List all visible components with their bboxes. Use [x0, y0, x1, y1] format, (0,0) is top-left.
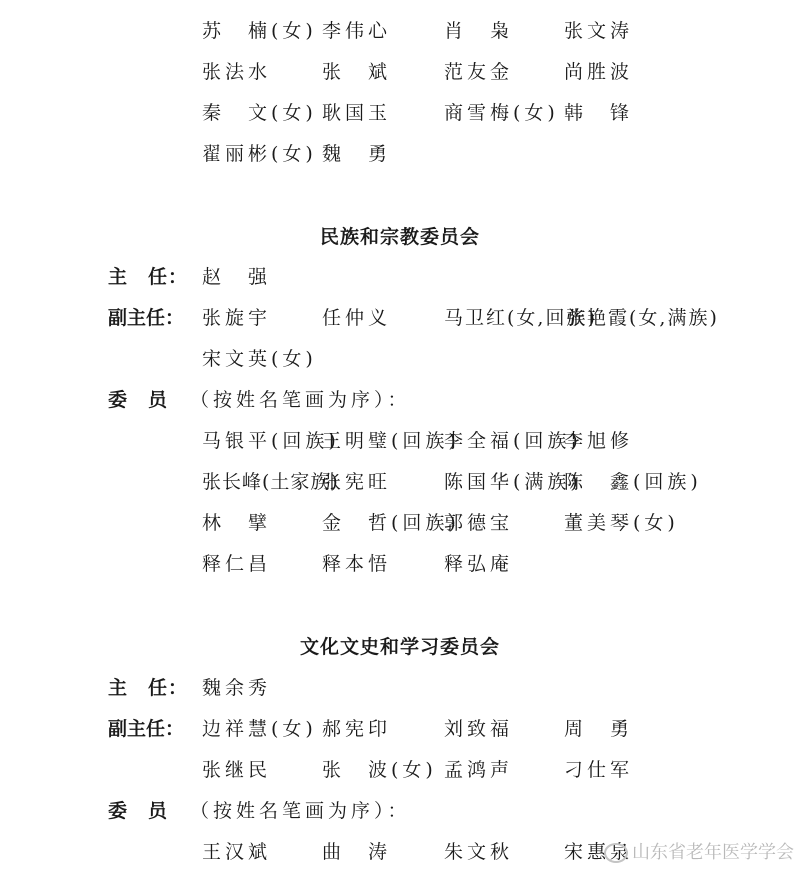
name: 朱文秋	[444, 837, 513, 867]
name: 林 擘	[202, 508, 271, 538]
name: 王汉斌	[202, 837, 271, 867]
name: 商雪梅(女)	[444, 98, 559, 128]
name: 尚胜波	[564, 57, 633, 87]
name: 释仁昌	[202, 549, 271, 579]
section-title: 文化文史和学习委员会	[0, 632, 800, 659]
name-row: 苏 楠(女) 李伟心 肖 枭 张文涛	[0, 16, 800, 46]
name: 耿国玉	[322, 98, 391, 128]
director-label: 主 任：	[108, 262, 188, 292]
name: 张宪旺	[322, 467, 391, 497]
name: 释本悟	[322, 549, 391, 579]
wechat-icon	[604, 843, 628, 863]
name-row: 马银平(回族) 王明璧(回族) 李全福(回族) 李旭修	[0, 426, 800, 456]
name-row: 林 擘 金 哲(回族) 郭德宝 董美琴(女)	[0, 508, 800, 538]
name: 任仲义	[322, 303, 391, 333]
name-row: 释仁昌 释本悟 释弘庵	[0, 549, 800, 579]
members-sort-note: （按姓名笔画为序）：	[190, 796, 411, 826]
name: 范友金	[444, 57, 513, 87]
name: 刘致福	[444, 714, 513, 744]
name: 刁仕军	[564, 755, 633, 785]
name: 宋文英(女)	[202, 344, 317, 374]
name: 郝宪印	[322, 714, 391, 744]
name: 张旋宇	[202, 303, 271, 333]
name: 李旭修	[564, 426, 633, 456]
deputy-label: 副主任：	[108, 714, 184, 744]
name: 郭德宝	[444, 508, 513, 538]
deputy-row: 副主任： 张旋宇 任仲义 马卫红(女,回族) 张艳霞(女,满族)	[0, 303, 800, 333]
deputy-row: 副主任： 边祥慧(女) 郝宪印 刘致福 周 勇	[0, 714, 800, 744]
name: 韩 锋	[564, 98, 633, 128]
members-label: 委 员	[108, 385, 168, 415]
director-name: 赵 强	[202, 262, 271, 292]
name: 魏 勇	[322, 139, 391, 169]
members-sort-note: （按姓名笔画为序）：	[190, 385, 411, 415]
name-row: 翟丽彬(女) 魏 勇	[0, 139, 800, 169]
name: 董美琴(女)	[564, 508, 679, 538]
name: 翟丽彬(女)	[202, 139, 317, 169]
members-header: 委 员 （按姓名笔画为序）：	[0, 796, 800, 826]
name: 李全福(回族)	[444, 426, 582, 456]
name-row: 秦 文(女) 耿国玉 商雪梅(女) 韩 锋	[0, 98, 800, 128]
name: 苏 楠(女)	[202, 16, 317, 46]
deputy-label: 副主任：	[108, 303, 184, 333]
name: 张长峰(土家族)	[202, 467, 339, 497]
name: 张 波(女)	[322, 755, 437, 785]
name: 陈 鑫(回族)	[564, 467, 702, 497]
director-row: 主 任： 赵 强	[0, 262, 800, 292]
deputy-row: 张继民 张 波(女) 孟鸿声 刁仕军	[0, 755, 800, 785]
name: 张继民	[202, 755, 271, 785]
name: 曲 涛	[322, 837, 391, 867]
director-name: 魏余秀	[202, 673, 271, 703]
members-label: 委 员	[108, 796, 168, 826]
name: 张 斌	[322, 57, 391, 87]
name: 陈国华(满族)	[444, 467, 582, 497]
name: 周 勇	[564, 714, 633, 744]
name: 释弘庵	[444, 549, 513, 579]
deputy-row: 宋文英(女)	[0, 344, 800, 374]
name-row: 张法水 张 斌 范友金 尚胜波	[0, 57, 800, 87]
name: 边祥慧(女)	[202, 714, 317, 744]
name: 金 哲(回族)	[322, 508, 460, 538]
name: 李伟心	[322, 16, 391, 46]
name: 孟鸿声	[444, 755, 513, 785]
watermark: 山东省老年医学学会	[604, 838, 794, 864]
section-title: 民族和宗教委员会	[0, 222, 800, 249]
name: 张艳霞(女,满族)	[566, 303, 719, 333]
name: 张文涛	[564, 16, 633, 46]
name: 马银平(回族)	[202, 426, 340, 456]
director-row: 主 任： 魏余秀	[0, 673, 800, 703]
name: 秦 文(女)	[202, 98, 317, 128]
name-row: 张长峰(土家族) 张宪旺 陈国华(满族) 陈 鑫(回族)	[0, 467, 800, 497]
name: 王明璧(回族)	[322, 426, 460, 456]
director-label: 主 任：	[108, 673, 188, 703]
name: 肖 枭	[444, 16, 513, 46]
watermark-text: 山东省老年医学学会	[632, 842, 794, 863]
name: 张法水	[202, 57, 271, 87]
members-header: 委 员 （按姓名笔画为序）：	[0, 385, 800, 415]
